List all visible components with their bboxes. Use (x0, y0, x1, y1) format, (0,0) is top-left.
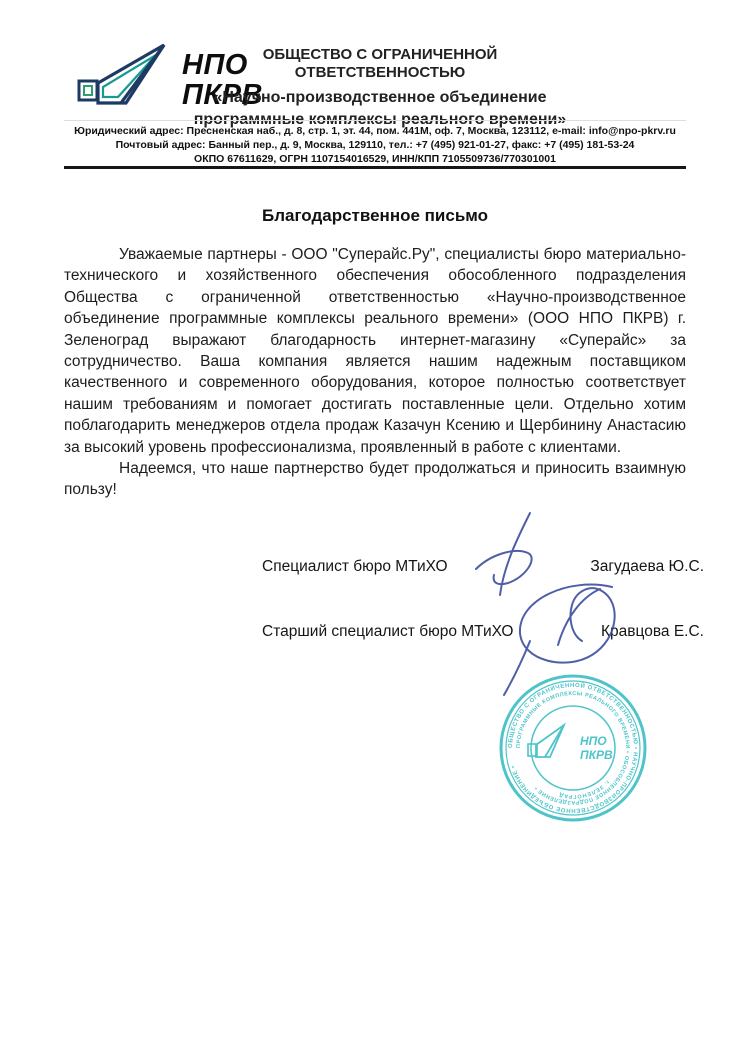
letter-title: Благодарственное письмо (0, 206, 750, 226)
letterhead-divider-top (64, 120, 686, 121)
stamp-center-line2: ПКРВ (580, 748, 613, 762)
postal-address: Почтовый адрес: Банный пер., д. 9, Москв… (64, 138, 686, 152)
letterhead-divider-bottom (64, 166, 686, 169)
company-stamp-icon: ОБЩЕСТВО С ОГРАНИЧЕННОЙ ОТВЕТСТВЕННОСТЬЮ… (488, 663, 658, 833)
stamp-logo-icon (528, 725, 564, 757)
signature-ink-1 (476, 513, 532, 595)
scanned-letter-page: НПО ПКРВ ОБЩЕСТВО С ОГРАНИЧЕННОЙ ОТВЕТСТ… (0, 0, 750, 1060)
address-block: Юридический адрес: Пресненская наб., д. … (64, 124, 686, 166)
company-legal-form: ОБЩЕСТВО С ОГРАНИЧЕННОЙ ОТВЕТСТВЕННОСТЬЮ (190, 46, 570, 82)
letter-paragraph-2: Надеемся, что наше партнерство будет про… (64, 458, 686, 501)
letter-body: Уважаемые партнеры - ООО "Суперайс.Ру", … (64, 244, 686, 501)
registration-codes: ОКПО 67611629, ОГРН 1107154016529, ИНН/К… (64, 152, 686, 166)
signature-row-1: Специалист бюро МТиХО Загудаева Ю.С. (64, 558, 704, 576)
signer-position-2: Старший специалист бюро МТиХО (262, 623, 513, 641)
signer-position-1: Специалист бюро МТиХО (262, 558, 448, 576)
stamp-ring-middle-text: ПРОГРАММНЫЕ КОМПЛЕКСЫ РЕАЛЬНОГО ВРЕМЕНИ … (516, 691, 630, 805)
letter-paragraph-1: Уважаемые партнеры - ООО "Суперайс.Ру", … (64, 244, 686, 458)
company-name-header: ОБЩЕСТВО С ОГРАНИЧЕННОЙ ОТВЕТСТВЕННОСТЬЮ… (190, 46, 570, 131)
legal-address: Юридический адрес: Пресненская наб., д. … (64, 124, 686, 138)
svg-text:ПРОГРАММНЫЕ КОМПЛЕКСЫ РЕАЛЬНОГ: ПРОГРАММНЫЕ КОМПЛЕКСЫ РЕАЛЬНОГО ВРЕМЕНИ … (516, 691, 630, 805)
stamp-center-line1: НПО (580, 734, 607, 748)
company-logo-icon (76, 42, 176, 114)
signer-name-2: Кравцова Е.С. (601, 623, 704, 641)
signature-row-2: Старший специалист бюро МТиХО Кравцова Е… (64, 623, 704, 641)
signer-name-1: Загудаева Ю.С. (590, 558, 704, 576)
company-name-line1: «Научно-производственное объединение (190, 87, 570, 109)
